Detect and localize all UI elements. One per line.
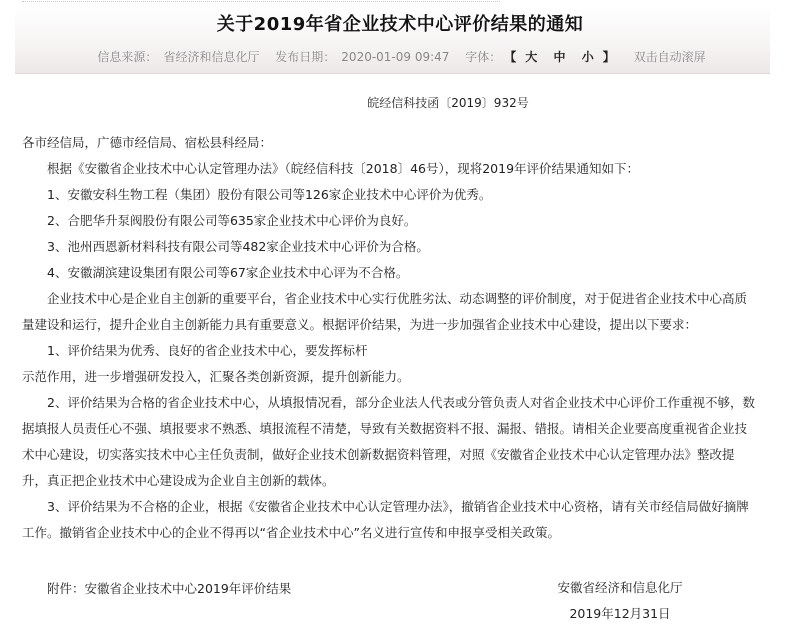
document-body: 各市经信局，广德市经信局、宿松县科经局： 根据《安徽省企业技术中心认定管理办法》…: [22, 130, 757, 602]
result-item: 4、安徽湖滨建设集团有限公司等67家企业技术中心评为不合格。: [22, 260, 757, 286]
font-size-control: 字体：【大 中 小】: [462, 50, 623, 64]
signature-block: 安徽省经济和信息化厅 2019年12月31日: [540, 575, 700, 627]
page-title: 关于2019年省企业技术中心评价结果的通知: [0, 10, 800, 36]
top-divider: [22, 1, 500, 4]
autoscroll-hint: 双击自动滚屏: [634, 50, 706, 64]
result-item: 3、池州西恩新材料科技有限公司等482家企业技术中心评价为合格。: [22, 234, 757, 260]
source-label: 信息来源：: [97, 50, 157, 64]
bracket-close: 】: [603, 50, 618, 64]
bracket-open: 【: [510, 50, 519, 64]
salutation: 各市经信局，广德市经信局、宿松县科经局：: [22, 130, 757, 156]
font-small-button[interactable]: 小: [582, 50, 597, 64]
article-meta: 信息来源：省经济和信息化厅 发布日期：2020-01-09 09:47 字体：【…: [0, 48, 800, 65]
result-item: 2、合肥华升泵阀股份有限公司等635家企业技术中心评价为良好。: [22, 208, 757, 234]
signature-date: 2019年12月31日: [540, 601, 700, 627]
signature-org: 安徽省经济和信息化厅: [540, 575, 700, 601]
requirement-2: 2、评价结果为合格的省企业技术中心，从填报情况看，部分企业法人代表或分管负责人对…: [22, 390, 757, 494]
requirement-1: 1、评价结果为优秀、良好的省企业技术中心，要发挥标杆: [22, 338, 757, 364]
font-large-button[interactable]: 大: [525, 50, 540, 64]
font-label: 字体：: [465, 50, 501, 64]
font-medium-button[interactable]: 中: [554, 50, 569, 64]
requirement-1-continued: 示范作用，进一步增强研发投入，汇聚各类创新资源，提升创新能力。: [22, 364, 757, 390]
requirement-3: 3、评价结果为不合格的企业，根据《安徽省企业技术中心认定管理办法》，撤销省企业技…: [22, 494, 757, 546]
date-label: 发布日期：: [275, 50, 335, 64]
source-value: 省经济和信息化厅: [163, 50, 259, 64]
result-item: 1、安徽安科生物工程（集团）股份有限公司等126家企业技术中心评价为优秀。: [22, 182, 757, 208]
document-number: 皖经信科技函〔2019〕932号: [0, 94, 800, 111]
source-info: 信息来源：省经济和信息化厅: [94, 50, 262, 64]
date-info: 发布日期：2020-01-09 09:47: [272, 50, 452, 64]
intro-paragraph: 根据《安徽省企业技术中心认定管理办法》（皖经信科技〔2018〕46号），现将20…: [22, 156, 757, 182]
importance-paragraph: 企业技术中心是企业自主创新的重要平台，省企业技术中心实行优胜劣汰、动态调整的评价…: [22, 286, 757, 338]
date-value: 2020-01-09 09:47: [341, 50, 449, 64]
